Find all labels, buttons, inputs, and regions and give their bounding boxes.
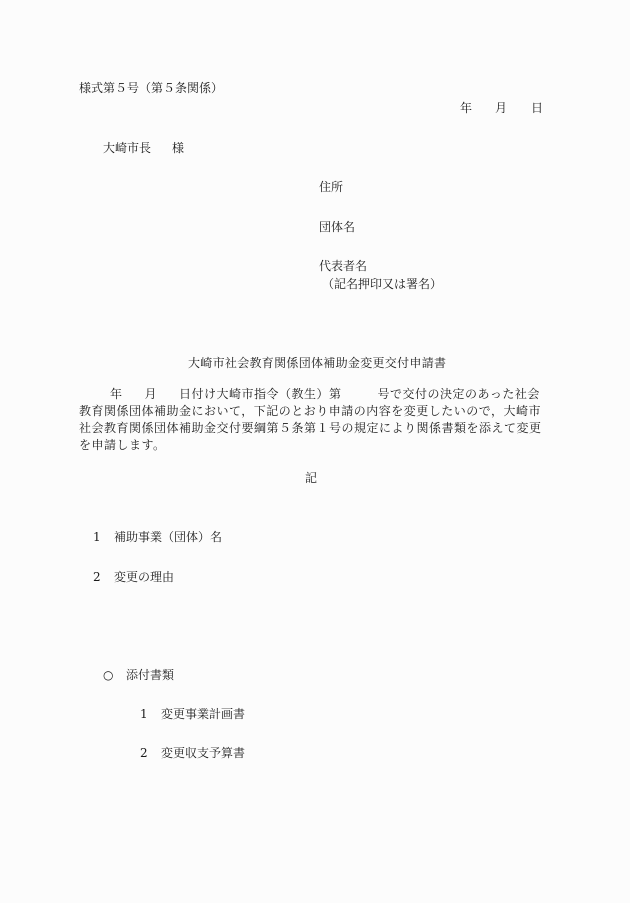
attachment-number: 2 (140, 746, 148, 760)
attachment-label: 変更事業計画書 (161, 707, 245, 721)
body-year-label: 年 (110, 387, 123, 401)
attachments-heading: 添付書類 (126, 668, 174, 682)
item-label: 変更の理由 (114, 570, 174, 584)
representative-label: 代表者名 (319, 259, 367, 273)
body-paragraph: 年月日付け大崎市指令（教生）第号で交付の決定のあった社会教育関係団体補助金におい… (79, 386, 543, 454)
signature-note: （記名押印又は署名） (322, 277, 442, 291)
form-number: 様式第５号（第５条関係） (79, 81, 223, 95)
date-year-label: 年 (460, 101, 472, 115)
attachment-number: 1 (140, 707, 148, 721)
item-number: 1 (93, 530, 101, 544)
item-number: 2 (93, 570, 101, 584)
item-label: 補助事業（団体）名 (114, 530, 222, 544)
document-title: 大崎市社会教育関係団体補助金変更交付申請書 (188, 356, 446, 370)
body-day-text: 日付け大崎市指令（教生）第 (179, 387, 342, 401)
ki-heading: 記 (305, 471, 317, 485)
organization-label: 団体名 (319, 220, 355, 234)
circle-bullet-icon: ○ (103, 668, 113, 682)
addressee-name: 大崎市長 (103, 141, 151, 155)
date-month-label: 月 (495, 101, 507, 115)
address-label: 住所 (319, 180, 343, 194)
body-month-label: 月 (145, 387, 158, 401)
date-day-label: 日 (531, 101, 543, 115)
attachment-label: 変更収支予算書 (161, 746, 245, 760)
addressee-honorific: 様 (172, 141, 184, 155)
